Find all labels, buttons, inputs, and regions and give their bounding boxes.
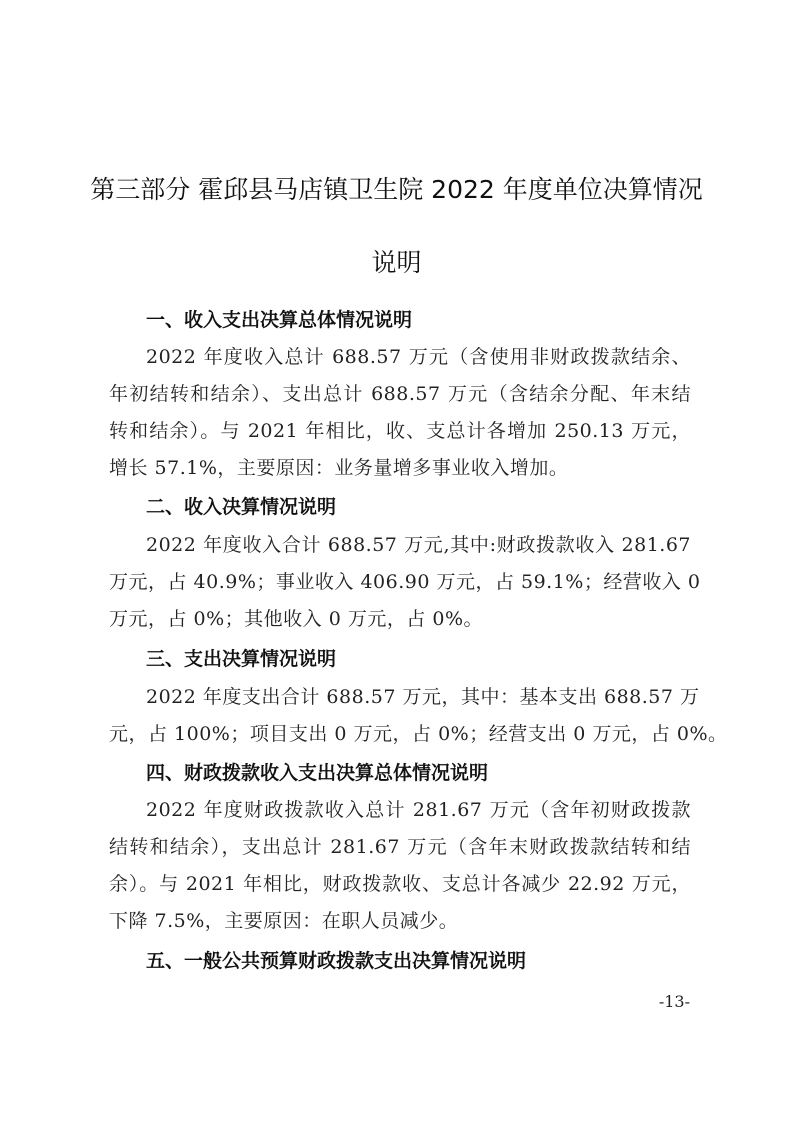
paragraph-line: 转和结余）。与 2021 年相比，收、支总计各增加 250.13 万元， <box>109 416 691 443</box>
section-heading-4: 四、财政拨款收入支出决算总体情况说明 <box>146 758 488 785</box>
paragraph-line: 余）。与 2021 年相比，财政拨款收、支总计各减少 22.92 万元， <box>109 869 691 896</box>
paragraph-line: 年初结转和结余）、支出总计 688.57 万元（含结余分配、年末结 <box>109 379 691 406</box>
section-heading-3: 三、支出决算情况说明 <box>146 644 336 671</box>
paragraph-line: 2022 年度财政拨款收入总计 281.67 万元（含年初财政拨款 <box>146 795 691 822</box>
paragraph-line: 结转和结余），支出总计 281.67 万元（含年末财政拨款结转和结 <box>109 832 691 859</box>
page-title: 第三部分 霍邱县马店镇卫生院 2022 年度单位决算情况 <box>0 170 793 206</box>
paragraph-line: 2022 年度支出合计 688.57 万元，其中：基本支出 688.57 万 <box>146 682 691 709</box>
paragraph-line: 增长 57.1%，主要原因：业务量增多事业收入增加。 <box>109 453 691 480</box>
paragraph-line: 万元，占 0%；其他收入 0 万元，占 0%。 <box>109 604 691 631</box>
paragraph-line: 下降 7.5%，主要原因：在职人员减少。 <box>109 906 691 933</box>
section-heading-5: 五、一般公共预算财政拨款支出决算情况说明 <box>146 946 526 973</box>
page-number: -13- <box>659 992 690 1011</box>
page-subtitle: 说明 <box>0 243 793 279</box>
paragraph-line: 万元，占 40.9%；事业收入 406.90 万元，占 59.1%；经营收入 0 <box>109 567 691 594</box>
paragraph-line: 元，占 100%；项目支出 0 万元，占 0%；经营支出 0 万元，占 0%。 <box>109 719 691 746</box>
section-heading-2: 二、收入决算情况说明 <box>146 492 336 519</box>
paragraph-line: 2022 年度收入总计 688.57 万元（含使用非财政拨款结余、 <box>146 342 691 369</box>
section-heading-1: 一、收入支出决算总体情况说明 <box>146 305 412 332</box>
paragraph-line: 2022 年度收入合计 688.57 万元,其中:财政拨款收入 281.67 <box>146 530 691 557</box>
